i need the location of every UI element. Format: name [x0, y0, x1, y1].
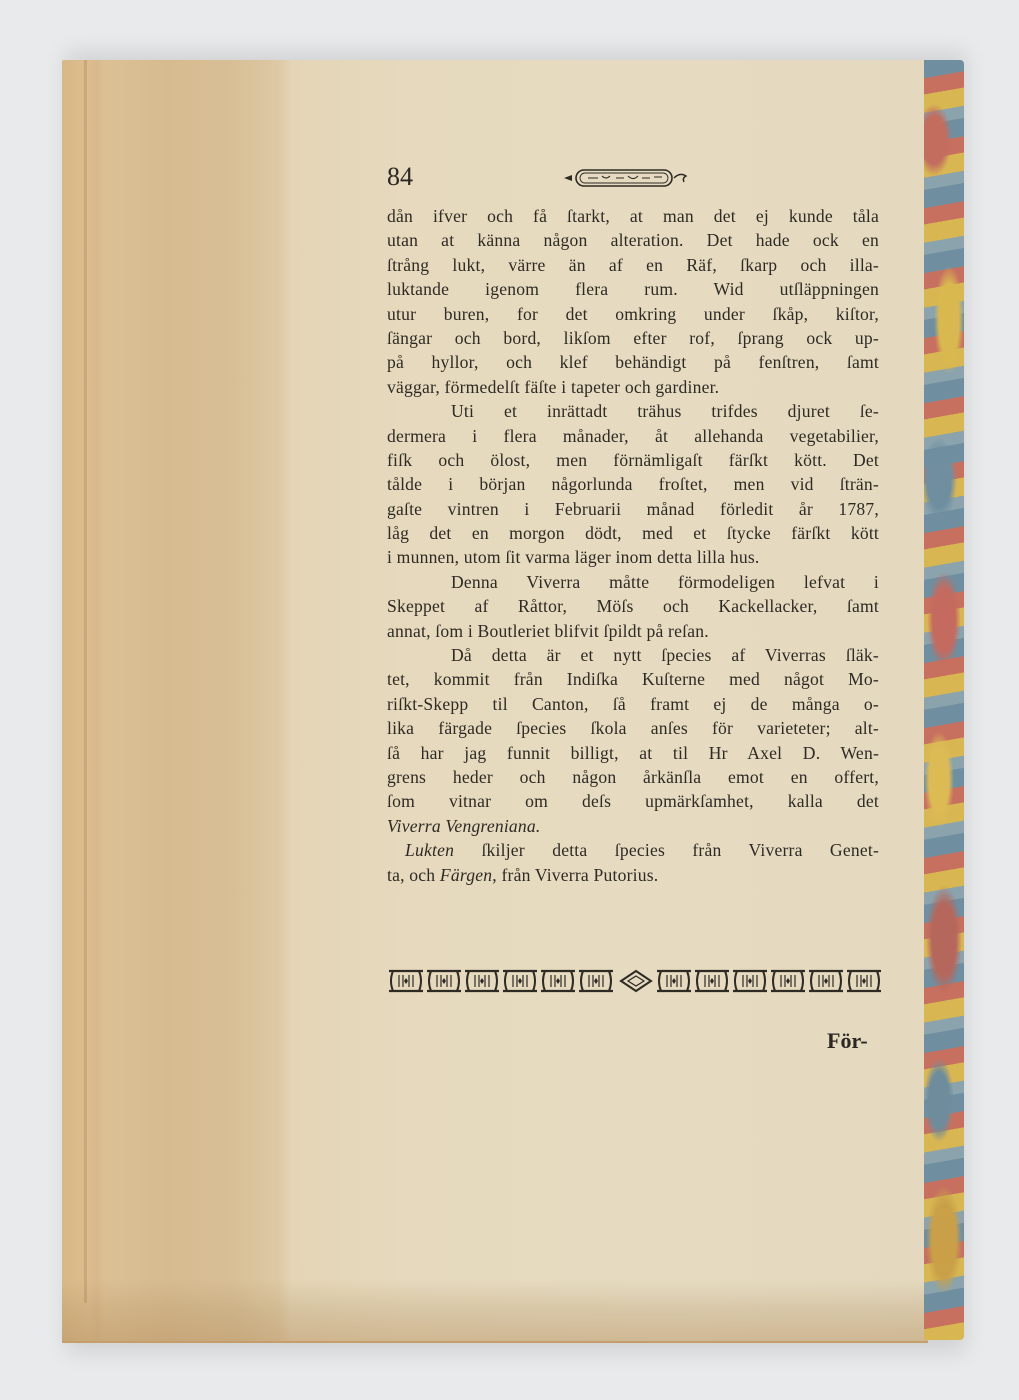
chain-border-ornament-icon: [389, 967, 883, 995]
paragraph-start-line: Uti et inrättadt trähus trifdes djuret ſ…: [387, 399, 879, 423]
text-line: ſängar och bord, likſom efter rof, ſpran…: [387, 326, 879, 350]
text-line: på hyllor, och klef behändigt på fenſtre…: [387, 350, 879, 374]
text-line: luktande igenom flera rum. Wid utſläppni…: [387, 277, 879, 301]
text-line: gaſte vintren i Februarii månad förledit…: [387, 497, 879, 521]
text-line: dån ifver och få ſtarkt, at man det ej k…: [387, 204, 879, 228]
text-line: i munnen, utom ſit varma läger inom dett…: [387, 545, 879, 569]
paragraph-start-line: Denna Viverra måtte förmodeligen lefvat …: [387, 570, 879, 594]
text-line: annat, ſom i Boutleriet blifvit ſpildt p…: [387, 619, 879, 643]
scroll-ornament-icon: [562, 168, 690, 188]
text-line: tålde i början någorlunda froſtet, men v…: [387, 472, 879, 496]
marbled-edge: [924, 60, 964, 1340]
text-line: ſå har jag funnit billigt, at til Hr Axe…: [387, 741, 879, 765]
text-line: grens heder och någon årkänſla emot en o…: [387, 765, 879, 789]
paragraph-start-line: Lukten ſkiljer detta ſpecies från Viverr…: [387, 838, 879, 862]
species-name-line: Viverra Vengreniana.: [387, 814, 879, 838]
text-line: fiſk och ölost, men förnämligaſt färſkt …: [387, 448, 879, 472]
text-line: ſtrång lukt, värre än af en Räf, ſkarp o…: [387, 253, 879, 277]
italic-term: Lukten: [405, 840, 454, 860]
text-span: ta, och: [387, 865, 440, 885]
page-number: 84: [387, 162, 413, 192]
paragraph-start-line: Då detta är et nytt ſpecies af Viverras …: [387, 643, 879, 667]
text-block: 84 dån ifver och få ſtarkt, at man det e…: [387, 162, 879, 887]
body-text: dån ifver och få ſtarkt, at man det ej k…: [387, 204, 879, 887]
text-line: väggar, förmedelſt fäſte i tapeter och g…: [387, 375, 879, 399]
text-span: , från Viverra Putorius.: [492, 865, 658, 885]
text-line: dermera i flera månader, åt allehanda ve…: [387, 424, 879, 448]
text-span: ſkiljer detta ſpecies från Viverra Genet…: [454, 840, 879, 860]
text-line: utan at känna någon alteration. Det hade…: [387, 228, 879, 252]
text-line: lika färgade ſpecies ſkola anſes för var…: [387, 716, 879, 740]
text-line: ſom vitnar om deſs upmärkſamhet, kalla d…: [387, 789, 879, 813]
text-line: Skeppet af Råttor, Möſs och Kackellacker…: [387, 594, 879, 618]
text-line: tet, kommit från Indiſka Kuſterne med nå…: [387, 667, 879, 691]
catchword: För-: [827, 1028, 868, 1054]
running-head: 84: [387, 162, 879, 204]
text-line: låg det en morgon dödt, med et ſtycke fä…: [387, 521, 879, 545]
text-line: ta, och Färgen, från Viverra Putorius.: [387, 863, 879, 887]
text-line: riſkt-Skepp til Canton, ſå framt ej de m…: [387, 692, 879, 716]
text-line: utur buren, for det omkring under ſkåp, …: [387, 302, 879, 326]
italic-term: Färgen: [440, 865, 492, 885]
